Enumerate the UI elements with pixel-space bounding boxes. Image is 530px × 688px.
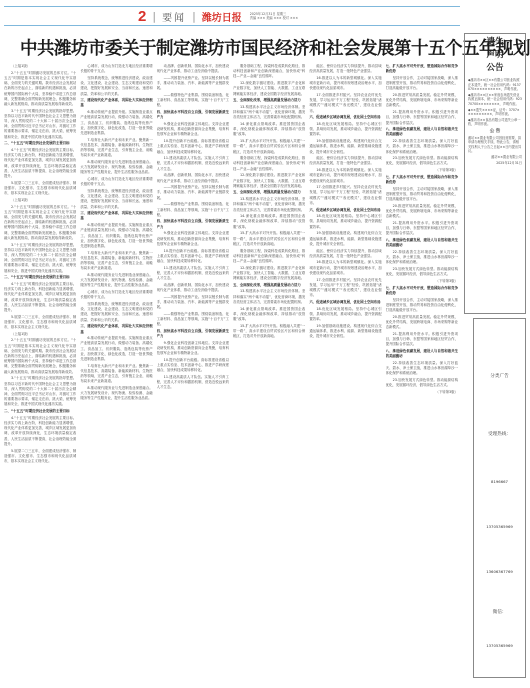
article-paragraph: 12.深化数字潍坊建设。推进数字产业化和产业数字化，加快人工智能、大数据、工业互… xyxy=(233,81,305,97)
article-paragraph: 22.持续改善生态环境质量。深入打好蓝天、碧水、净土保卫战，推进山水林田湖草沙一… xyxy=(386,250,458,266)
article-column: 七、扩大高水平对外开放，塑造国际合作和竞争新优势坚持开放合作，主动对接国家战略，… xyxy=(386,64,458,684)
article-paragraph: ——巩固提升优势产业。坚持以链长制为抓手，推动动力装备、汽车、新能源等产业链群发… xyxy=(157,295,229,311)
article-paragraph: 心城市，成为山东打造北方地区经济重要增长极的骨干支点。 xyxy=(80,177,152,187)
article-paragraph: 坚持系统观念，统筹推进经济建设、政治建设、文化建设、社会建设、生态文明建设和党的… xyxy=(80,76,152,97)
article-paragraph: 21.提高利用外资水平。积极引进外资项目，加强与日韩、东盟等国家和地区经贸合作，… xyxy=(386,221,458,237)
article-paragraph: ——做强特色产业集群。围绕装备制造、化工新材料、食品加工等领域，实施“十百千万”… xyxy=(157,93,229,109)
article-paragraph: 18.优化区域发展格局。坚持中心城区引领、县域协同发展，推动城乡融合，提升资源配… xyxy=(309,214,381,230)
article-paragraph: （下转第3版） xyxy=(386,279,458,284)
article-paragraph: 6.推动传统产业提质升级。实施制造业重点产业链高质量发展行动，做强动力装备、高端… xyxy=(80,110,152,136)
article-paragraph: 9.强化企业科技创新主体地位。支持企业建设研发机构，推动创新资源向企业集聚，培育… xyxy=(157,341,229,357)
article-paragraph: 2.“十五五”时期潍坊发展的总体方位。“十五五”时期是基本实现社会主义现代化夯实… xyxy=(4,338,76,374)
hotline-number: 13705365969 xyxy=(474,524,525,529)
article-paragraph: 7.培育壮大新兴产业和未来产业。聚焦新一代信息技术、高端装备、新能源新材料、生物… xyxy=(80,251,152,272)
hotline-number: 8196667 xyxy=(474,479,525,484)
article-paragraph: 2.“十五五”时期潍坊发展的总体方位。“十五五”时期是基本实现社会主义现代化夯实… xyxy=(4,205,76,241)
article-paragraph: 坚持开放合作，主动对接国家战略，深入推进制度型开放，推动贸易和投资自由化便利化，… xyxy=(386,76,458,92)
article-paragraph: 能区、使综合经济实力持续提升，推动县域经济高质量发展，打造一批特色产业强县。 xyxy=(309,64,381,74)
article-paragraph: 10.提升创新平台能级。高标准建设省级以上重点实验室、技术创新中心，推进产学研深… xyxy=(157,358,229,374)
article-paragraph: 11.建设高素质人才队伍。实施人才引育工程，完善人才评价和激励机制，营造近悦远来… xyxy=(157,156,229,172)
header-divider: | xyxy=(192,10,196,23)
article-paragraph: 六、促进城乡区域协调发展，优化国土空间布局 xyxy=(309,208,381,213)
article-paragraph: 11.建设高素质人才队伍。实施人才引育工程，完善人才评价和激励机制，营造近悦远来… xyxy=(157,266,229,282)
header-top-rule xyxy=(4,6,460,7)
article-paragraph: 7.培育壮大新兴产业和未来产业。聚焦新一代信息技术、高端装备、新能源新材料、生物… xyxy=(80,364,152,385)
article-paragraph: 坚持系统观念，统筹推进经济建设、政治建设、文化建设、社会建设、生态文明建设和党的… xyxy=(80,302,152,323)
article-paragraph: 9.强化企业科技创新主体地位。支持企业建设研发机构，推动创新资源向企业集聚，培育… xyxy=(157,122,229,138)
article-paragraph: 7.培育壮大新兴产业和未来产业。聚焦新一代信息技术、高端装备、新能源新材料、生物… xyxy=(80,138,152,159)
article-paragraph: 动品牌、创新机制、国际化水平，加快建设现代化产业体系，推动工业经济稳中提质。 xyxy=(157,64,229,74)
article-paragraph: 8.推动现代服务业与先进制造业深度融合。大力发展研发设计、现代物流、检验检测、金… xyxy=(80,160,152,176)
article-paragraph: 19.加强基础设施建设。构建现代化综合交通运输体系，推进水利、能源、新型基础设施… xyxy=(309,324,381,340)
article-paragraph: 服务基础工程，探索科技成果转化路径，推动科技创新和产业创新深度融合，加快形成“科… xyxy=(233,64,305,80)
article-paragraph: ——做强特色产业集群。围绕装备制造、化工新材料、食品加工等领域，实施“十百千万”… xyxy=(157,312,229,328)
article-paragraph: 21.提高利用外资水平。积极引进外资项目，加强与日韩、东盟等国家和地区经贸合作，… xyxy=(386,332,458,348)
article-paragraph: 六、促进城乡区域协调发展，优化国土空间布局 xyxy=(309,115,381,120)
article-paragraph: 八、推进绿色低碳发展，建设人与自然和谐共生的美丽潍坊 xyxy=(386,127,458,137)
ad-title-line: 遗失 xyxy=(468,36,522,49)
article-paragraph: 四、加快高水平科技自立自强，引领发展新质生产力 xyxy=(157,219,229,229)
page-number: 2 xyxy=(138,8,146,25)
article-paragraph: 四、加快高水平科技自立自强，引领发展新质生产力 xyxy=(157,110,229,120)
hotline-number: 13606367769 xyxy=(474,569,525,574)
article-paragraph: （上接1版） xyxy=(4,198,76,203)
article-paragraph: 17.全面推进乡村振兴。坚持农业农村优先发展，学习运用“千万工程”经验，巩固拓展… xyxy=(309,93,381,114)
article-paragraph: 19.加强基础设施建设。构建现代化综合交通运输体系，推进水利、能源、新型基础设施… xyxy=(309,231,381,247)
article-paragraph: 3.“十五五”时期经济社会发展的指导思想。坚持以习近平新时代中国特色社会主义思想… xyxy=(4,109,76,140)
article-paragraph: 三、建设现代化产业体系，巩固壮大实体经济根基 xyxy=(80,98,152,108)
article-paragraph: 10.提升创新平台能级。高标准建设省级以上重点实验室、技术创新中心，推进产学研深… xyxy=(157,249,229,265)
page-header: 2 | 要闻 | 潍坊日报 2025年12月31日 星期三 责编 ××× 美编 … xyxy=(138,8,298,24)
hotline-label: 受理热线： xyxy=(474,431,525,437)
notice-item: ◆潍坊市××区××家庭农场遗失营业执照正副本，统一社会信用代码：92370700… xyxy=(468,93,522,107)
section-name: 要闻 xyxy=(162,9,186,24)
header-meta: 2025年12月31日 星期三 责编 ××× 美编 ××× 校对 ××× xyxy=(250,12,298,21)
wechat-label: 微信： xyxy=(474,609,525,615)
article-paragraph: 15.扩大高水平对外开放。积极融入共建“一带一路”，高水平建设自贸试验区片区和综… xyxy=(233,139,305,155)
announcement-body: 潍坊××置业有限公司因经营需要，拟申请办理相关手续，特此公告，请相关权利人于公告… xyxy=(468,136,522,154)
lost-notice-ad-box: 遗失 声明 公告 ◆潍坊市××区××有限公司营业执照正本遗失，统一社会信用代码：… xyxy=(464,33,526,314)
article-paragraph: 八、推进绿色低碳发展，建设人与自然和谐共生的美丽潍坊 xyxy=(386,349,458,359)
article-column: 服务基础工程，探索科技成果转化路径，推动科技创新和产业创新深度融合，加快形成“科… xyxy=(233,64,305,684)
article-paragraph: 三、建设现代化产业体系，巩固壮大实体经济根基 xyxy=(80,211,152,221)
article-paragraph: 三、建设现代化产业体系，巩固壮大实体经济根基 xyxy=(80,324,152,334)
article-paragraph: 18.优化区域发展格局。坚持中心城区引领、县域协同发展，推动城乡融合，提升资源配… xyxy=(309,122,381,138)
article-paragraph: 13.构建高水平社会主义市场经济体制。坚持和落实“两个毫不动摇”，优化营商环境，… xyxy=(233,197,305,213)
ad-title-line: 公告 xyxy=(468,62,522,75)
article-paragraph: 5.展望二〇三五年，全面建成经济强市、制造强市、文化强市、生态强市和现代化品质城… xyxy=(4,181,76,197)
article-paragraph: 9.强化企业科技创新主体地位。支持企业建设研发机构，推动创新资源向企业集聚，培育… xyxy=(157,231,229,247)
masthead-logo: 潍坊日报 xyxy=(202,9,242,24)
article-paragraph: 20.推进贸易高质量发展。稳定外贸规模、优化外贸结构，发展跨境电商、市场采购等新… xyxy=(386,93,458,109)
article-paragraph: 19.加强基础设施建设。构建现代化综合交通运输体系，推进水利、能源、新型基础设施… xyxy=(309,139,381,155)
article-paragraph: 18.优化区域发展格局。坚持中心城区引领、县域协同发展，推动城乡融合，提升资源配… xyxy=(309,307,381,323)
article-paragraph: 12.深化数字潍坊建设。推进数字产业化和产业数字化，加快人工智能、大数据、工业互… xyxy=(233,266,305,282)
article-paragraph: 23.加快发展方式绿色转型。推动能源结构优化，发展循环经济，倡导绿色生活方式。 xyxy=(386,267,458,277)
article-paragraph: 五、全面深化改革，增强高质量发展动力活力 xyxy=(233,283,305,288)
article-body: （上接1版）2.“十五五”时期潍坊发展的总体方位。“十五五”时期是基本实现社会主… xyxy=(4,64,458,684)
article-paragraph: 6.推动传统产业提质升级。实施制造业重点产业链高质量发展行动，做强动力装备、高端… xyxy=(80,223,152,249)
article-paragraph: ——巩固提升优势产业。坚持以链长制为抓手，推动动力装备、汽车、新能源等产业链群发… xyxy=(157,76,229,92)
article-column: 心城市，成为山东打造北方地区经济重要增长极的骨干支点。坚持系统观念，统筹推进经济… xyxy=(80,64,152,684)
article-paragraph: （上接1版） xyxy=(4,64,76,69)
announcement-date: 2025年12月31日 xyxy=(468,161,522,166)
article-paragraph: 坚持系统观念，统筹推进经济建设、政治建设、文化建设、社会建设、生态文明建设和党的… xyxy=(80,189,152,210)
classified-title: 分类广告 xyxy=(474,373,525,379)
article-paragraph: 2.“十五五”时期潍坊发展的总体方位。“十五五”时期是基本实现社会主义现代化夯实… xyxy=(4,71,76,107)
article-paragraph: 22.持续改善生态环境质量。深入打好蓝天、碧水、净土保卫战，推进山水林田湖草沙一… xyxy=(386,361,458,377)
article-paragraph: ——做强特色产业集群。围绕装备制造、化工新材料、食品加工等领域，实施“十百千万”… xyxy=(157,202,229,218)
article-paragraph: 4.“十五五”时期经济社会发展的主要目标。经济实力再上新台阶，科技创新能力显著增… xyxy=(4,282,76,313)
article-paragraph: 七、扩大高水平对外开放，塑造国际合作和竞争新优势 xyxy=(386,175,458,185)
article-paragraph: 8.推动现代服务业与先进制造业深度融合。大力发展研发设计、现代物流、检验检测、金… xyxy=(80,386,152,402)
article-paragraph: 二、“十五五”时期经济社会发展的主要目标 xyxy=(4,141,76,146)
article-paragraph: 五、全面深化改革，增强高质量发展动力活力 xyxy=(233,190,305,195)
header-bottom-rule xyxy=(4,25,460,26)
article-paragraph: 23.加快发展方式绿色转型。推动能源结构优化，发展循环经济，倡导绿色生活方式。 xyxy=(386,156,458,166)
article-paragraph: 四、加快高水平科技自立自强，引领发展新质生产力 xyxy=(157,329,229,339)
article-paragraph: 5.展望二〇三五年，全面建成经济强市、制造强市、文化强市、生态强市和现代化品质城… xyxy=(4,315,76,331)
article-paragraph: 4.“十五五”时期经济社会发展的主要目标。经济实力再上新台阶，科技创新能力显著增… xyxy=(4,416,76,447)
article-paragraph: 12.深化数字潍坊建设。推进数字产业化和产业数字化，加快人工智能、大数据、工业互… xyxy=(233,173,305,189)
article-paragraph: 23.加快发展方式绿色转型。推动能源结构优化，发展循环经济，倡导绿色生活方式。 xyxy=(386,378,458,388)
article-paragraph: 16.推进以人为本的新型城镇化。深入实施城市更新行动，提升城市规划建设治理水平，… xyxy=(309,168,381,184)
article-paragraph: 16.推进以人为本的新型城镇化。深入实施城市更新行动，提升城市规划建设治理水平，… xyxy=(309,260,381,276)
article-paragraph: 11.建设高素质人才队伍。实施人才引育工程，完善人才评价和激励机制，营造近悦远来… xyxy=(157,375,229,391)
ad-title-line: 声明 xyxy=(468,49,522,62)
article-paragraph: 七、扩大高水平对外开放，塑造国际合作和竞争新优势 xyxy=(386,64,458,74)
article-paragraph: 21.提高利用外资水平。积极引进外资项目，加强与日韩、东盟等国家和地区经贸合作，… xyxy=(386,110,458,126)
article-paragraph: 服务基础工程，探索科技成果转化路径，推动科技创新和产业创新深度融合，加快形成“科… xyxy=(233,156,305,172)
classified-ad-box: 分类广告 受理热线： 8196667 13705365969 136063677… xyxy=(473,318,526,678)
article-paragraph: 17.全面推进乡村振兴。坚持农业农村优先发展，学习运用“千万工程”经验，巩固拓展… xyxy=(309,278,381,299)
article-paragraph: ——巩固提升优势产业。坚持以链长制为抓手，推动动力装备、汽车、新能源等产业链群发… xyxy=(157,185,229,201)
notice-item: ◆潍坊市××食品有限公司遗失公章一枚，声明作废。 xyxy=(468,118,522,127)
article-paragraph: 服务基础工程，探索科技成果转化路径，推动科技创新和产业创新深度融合，加快形成“科… xyxy=(233,249,305,265)
article-paragraph: 3.“十五五”时期经济社会发展的指导思想。坚持以习近平新时代中国特色社会主义思想… xyxy=(4,376,76,407)
notice-list: ◆潍坊市××区××有限公司营业执照正本遗失，统一社会信用代码：9137070××… xyxy=(468,78,522,165)
article-paragraph: 16.推进以人为本的新型城镇化。深入实施城市更新行动，提升城市规划建设治理水平，… xyxy=(309,76,381,92)
article-paragraph: 五、全面深化改革，增强高质量发展动力活力 xyxy=(233,98,305,103)
article-paragraph: 二、“十五五”时期经济社会发展的主要目标 xyxy=(4,275,76,280)
article-paragraph: 20.推进贸易高质量发展。稳定外贸规模、优化外贸结构，发展跨境电商、市场采购等新… xyxy=(386,204,458,220)
article-paragraph: 20.推进贸易高质量发展。稳定外贸规模、优化外贸结构，发展跨境电商、市场采购等新… xyxy=(386,315,458,331)
article-paragraph: 10.提升创新平台能级。高标准建设省级以上重点实验室、技术创新中心，推进产学研深… xyxy=(157,139,229,155)
article-paragraph: 七、扩大高水平对外开放，塑造国际合作和竞争新优势 xyxy=(386,286,458,296)
article-paragraph: 5.展望二〇三五年，全面建成经济强市、制造强市、文化强市、生态强市和现代化品质城… xyxy=(4,449,76,465)
wechat-number: 13705365969 xyxy=(474,643,525,648)
article-paragraph: 动品牌、创新机制、国际化水平，加快建设现代化产业体系，推动工业经济稳中提质。 xyxy=(157,283,229,293)
credits-line: 责编 ××× 美编 ××× 校对 ××× xyxy=(250,16,298,20)
article-paragraph: 15.扩大高水平对外开放。积极融入共建“一带一路”，高水平建设自贸试验区片区和综… xyxy=(233,324,305,340)
notice-item: ◆××遗失××××证，证号：3707××××××××××，声明作废。 xyxy=(468,108,522,117)
article-paragraph: 动品牌、创新机制、国际化水平，加快建设现代化产业体系，推动工业经济稳中提质。 xyxy=(157,173,229,183)
article-paragraph: 13.构建高水平社会主义市场经济体制。坚持和落实“两个毫不动摇”，优化营商环境，… xyxy=(233,289,305,305)
article-paragraph: 22.持续改善生态环境质量。深入打好蓝天、碧水、净土保卫战，推进山水林田湖草沙一… xyxy=(386,139,458,155)
article-paragraph: （上接1版） xyxy=(4,332,76,337)
article-paragraph: 3.“十五五”时期经济社会发展的指导思想。坚持以习近平新时代中国特色社会主义思想… xyxy=(4,243,76,274)
article-paragraph: 14.深化重点领域改革。推进国资国企改革，深化财税金融体制改革，持续推动“放管服… xyxy=(233,214,305,230)
article-paragraph: 坚持开放合作，主动对接国家战略，深入推进制度型开放，推动贸易和投资自由化便利化，… xyxy=(386,187,458,203)
article-column: （上接1版）2.“十五五”时期潍坊发展的总体方位。“十五五”时期是基本实现社会主… xyxy=(4,64,76,684)
notice-item: ◆潍坊市××区××有限公司营业执照正本遗失，统一社会信用代码：9137070××… xyxy=(468,78,522,92)
article-paragraph: 4.“十五五”时期经济社会发展的主要目标。经济实力再上新台阶，科技创新能力显著增… xyxy=(4,148,76,179)
date-line: 2025年12月31日 星期三 xyxy=(250,12,286,16)
article-paragraph: 14.深化重点领域改革。推进国资国企改革，深化财税金融体制改革，持续推动“放管服… xyxy=(233,122,305,138)
article-paragraph: 8.推动现代服务业与先进制造业深度融合。大力发展研发设计、现代物流、检验检测、金… xyxy=(80,273,152,289)
article-paragraph: （下转第3版） xyxy=(386,168,458,173)
article-paragraph: 15.扩大高水平对外开放。积极融入共建“一带一路”，高水平建设自贸试验区片区和综… xyxy=(233,231,305,247)
article-paragraph: （下转第3版） xyxy=(386,390,458,395)
announcement-signature: 潍坊××置业有限公司 xyxy=(468,155,522,160)
article-paragraph: 6.推动传统产业提质升级。实施制造业重点产业链高质量发展行动，做强动力装备、高端… xyxy=(80,336,152,362)
announcement-title: 公 告 xyxy=(468,130,522,135)
article-paragraph: 14.深化重点领域改革。推进国资国企改革，深化财税金融体制改革，持续推动“放管服… xyxy=(233,307,305,323)
article-paragraph: 心城市，成为山东打造北方地区经济重要增长极的骨干支点。 xyxy=(80,64,152,74)
article-paragraph: 13.构建高水平社会主义市场经济体制。坚持和落实“两个毫不动摇”，优化营商环境，… xyxy=(233,105,305,121)
article-paragraph: 心城市，成为山东打造北方地区经济重要增长极的骨干支点。 xyxy=(80,290,152,300)
article-paragraph: 坚持开放合作，主动对接国家战略，深入推进制度型开放，推动贸易和投资自由化便利化，… xyxy=(386,298,458,314)
article-paragraph: 能区、使综合经济实力持续提升，推动县域经济高质量发展，打造一批特色产业强县。 xyxy=(309,249,381,259)
header-divider: | xyxy=(152,10,156,23)
article-paragraph: 二、“十五五”时期经济社会发展的主要目标 xyxy=(4,409,76,414)
article-column: 能区、使综合经济实力持续提升，推动县域经济高质量发展，打造一批特色产业强县。16… xyxy=(309,64,381,684)
article-column: 动品牌、创新机制、国际化水平，加快建设现代化产业体系，推动工业经济稳中提质。——… xyxy=(157,64,229,684)
article-paragraph: 八、推进绿色低碳发展，建设人与自然和谐共生的美丽潍坊 xyxy=(386,238,458,248)
article-headline: 中共潍坊市委关于制定潍坊市国民经济和社会发展第十五个五年规划的建议 xyxy=(20,35,460,60)
article-paragraph: 能区、使综合经济实力持续提升，推动县域经济高质量发展，打造一批特色产业强县。 xyxy=(309,156,381,166)
article-paragraph: 17.全面推进乡村振兴。坚持农业农村优先发展，学习运用“千万工程”经验，巩固拓展… xyxy=(309,185,381,206)
article-paragraph: 六、促进城乡区域协调发展，优化国土空间布局 xyxy=(309,300,381,305)
